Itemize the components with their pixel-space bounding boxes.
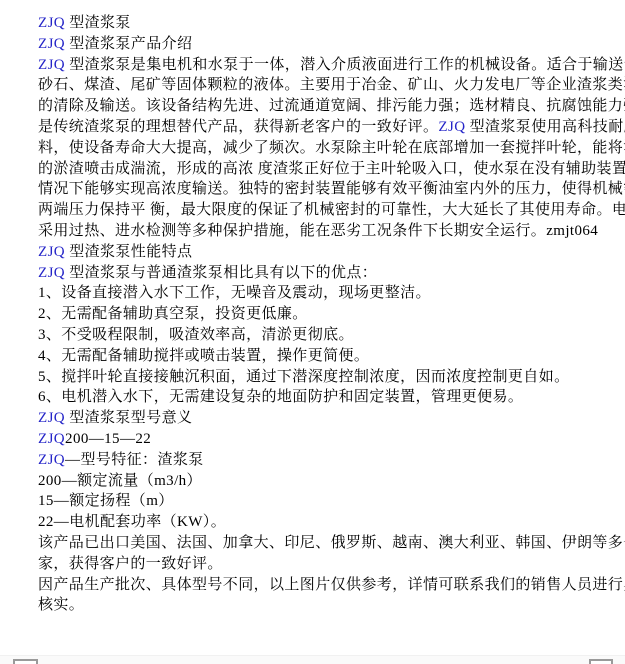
bottom-strip <box>0 655 625 664</box>
text-line: 该产品已出口美国、法国、加拿大、印尼、俄罗斯、越南、澳大利亚、韩国、伊朗等多个国 <box>38 533 618 554</box>
text-line: 22—电机配套功率（KW）。 <box>38 512 618 533</box>
keyword-zjq: ZJQ <box>38 57 65 73</box>
text-line: ZJQ 型渣浆泵是集电机和水泵于一体，潜入介质液面进行工作的机械设备。适合于输送… <box>38 55 618 76</box>
keyword-zjq: ZJQ <box>38 36 65 52</box>
text-lines: ZJQ 型渣浆泵ZJQ 型渣浆泵产品介绍ZJQ 型渣浆泵是集电机和水泵于一体，潜… <box>38 13 618 616</box>
text-line: 1、设备直接潜入水下工作，无噪音及震动，现场更整洁。 <box>38 283 618 304</box>
text-line: 核实。 <box>38 595 618 616</box>
document-page: { "page": { "background": "#ffffff", "te… <box>0 0 625 664</box>
text-line: 4、无需配备辅助搅拌或喷击装置，操作更简便。 <box>38 346 618 367</box>
keyword-zjq: ZJQ <box>38 410 65 426</box>
text-line: 两端压力保持平 衡，最大限度的保证了机械密封的可靠性，大大延长了其使用寿命。电机 <box>38 200 618 221</box>
text-line: 家，获得客户的一致好评。 <box>38 554 618 575</box>
keyword-zjq: ZJQ <box>438 119 465 135</box>
text-line: 的淤渣喷击成湍流，形成的高浓 度渣浆正好位于主叶轮吸入口，使水泵在没有辅助装置的 <box>38 159 618 180</box>
text-line: ZJQ 型渣浆泵与普通渣浆泵相比具有以下的优点： <box>38 263 618 284</box>
bottom-right-box-partial[interactable] <box>589 659 613 664</box>
text-line: 是传统渣浆泵的理想替代产品，获得新老客户的一致好评。ZJQ 型渣浆泵使用高科技耐… <box>38 117 618 138</box>
text-line: 6、电机潜入水下，无需建设复杂的地面防护和固定装置，管理更便易。 <box>38 387 618 408</box>
keyword-zjq: ZJQ <box>38 244 65 260</box>
keyword-zjq: ZJQ <box>38 452 65 468</box>
text-line: 15—额定扬程（m） <box>38 491 618 512</box>
text-line: 3、不受吸程限制，吸渣效率高，清淤更彻底。 <box>38 325 618 346</box>
text-line: 200—额定流量（m3/h） <box>38 471 618 492</box>
text-line: 2、无需配备辅助真空泵，投资更低廉。 <box>38 304 618 325</box>
text-line: ZJQ 型渣浆泵产品介绍 <box>38 34 618 55</box>
text-line: 情况下能够实现高浓度输送。独特的密封装置能够有效平衡油室内外的压力，使得机械密封 <box>38 179 618 200</box>
text-line: 5、搅拌叶轮直接接触沉积面，通过下潜深度控制浓度，因而浓度控制更自如。 <box>38 367 618 388</box>
text-line: 的清除及输送。该设备结构先进、过流通道宽阔、排污能力强；选材精良、抗腐蚀能力强， <box>38 96 618 117</box>
keyword-zjq: ZJQ <box>38 431 65 447</box>
text-line: 砂石、煤渣、尾矿等固体颗粒的液体。主要用于冶金、矿山、火力发电厂等企业渣浆类液体 <box>38 75 618 96</box>
keyword-zjq: ZJQ <box>38 265 65 281</box>
text-line: ZJQ 型渣浆泵型号意义 <box>38 408 618 429</box>
text-line: 采用过热、进水检测等多种保护措施，能在恶劣工况条件下长期安全运行。zmjt064 <box>38 221 618 242</box>
keyword-zjq: ZJQ <box>38 15 65 31</box>
text-line: 因产品生产批次、具体型号不同，以上图片仅供参考，详情可联系我们的销售人员进行具体 <box>38 575 618 596</box>
text-line: 料，使设备寿命大大提高，减少了频次。水泵除主叶轮在底部增加一套搅拌叶轮，能将沉淀 <box>38 138 618 159</box>
text-line: ZJQ—型号特征：渣浆泵 <box>38 450 618 471</box>
bottom-left-box-partial[interactable] <box>13 659 38 664</box>
text-line: ZJQ200—15—22 <box>38 429 618 450</box>
text-line: ZJQ 型渣浆泵性能特点 <box>38 242 618 263</box>
text-line: ZJQ 型渣浆泵 <box>38 13 618 34</box>
